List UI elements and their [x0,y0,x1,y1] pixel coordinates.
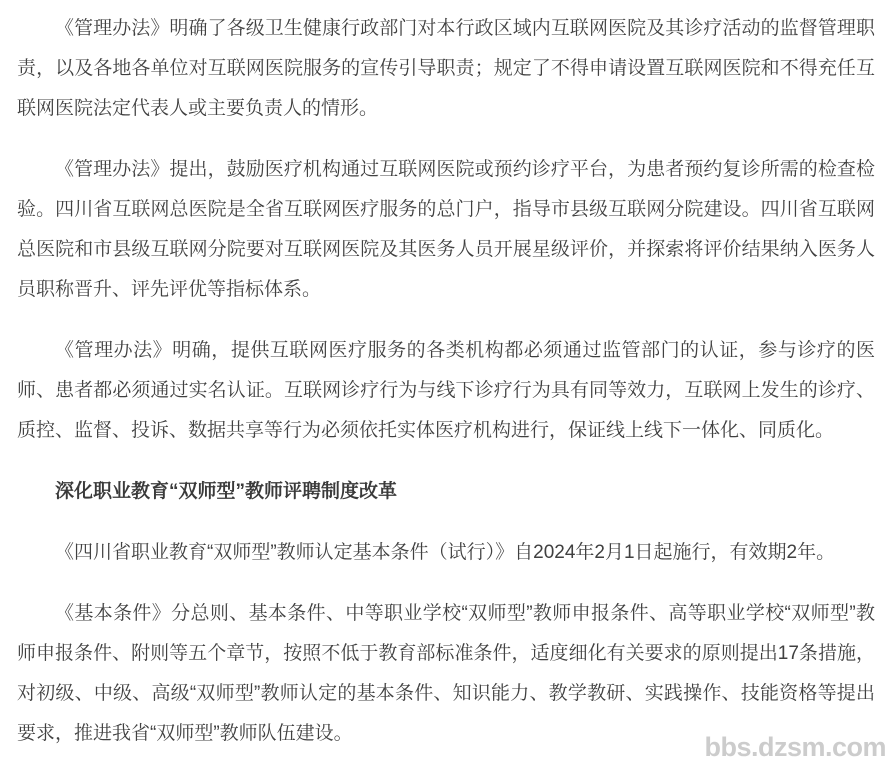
article-paragraph: 《管理办法》明确了各级卫生健康行政部门对本行政区域内互联网医院及其诊疗活动的监督… [17,9,875,129]
article-paragraph: 《四川省职业教育“双师型”教师认定基本条件（试行）》自2024年2月1日起施行，… [17,533,875,573]
article-page: 《管理办法》明确了各级卫生健康行政部门对本行政区域内互联网医院及其诊疗活动的监督… [0,0,891,761]
article-paragraph: 《管理办法》提出，鼓励医疗机构通过互联网医院或预约诊疗平台，为患者预约复诊所需的… [17,150,875,310]
article-paragraph: 《管理办法》明确，提供互联网医疗服务的各类机构都必须通过监管部门的认证，参与诊疗… [17,331,875,451]
article-paragraph: 《基本条件》分总则、基本条件、中等职业学校“双师型”教师申报条件、高等职业学校“… [17,594,875,754]
section-heading: 深化职业教育“双师型”教师评聘制度改革 [17,472,875,512]
